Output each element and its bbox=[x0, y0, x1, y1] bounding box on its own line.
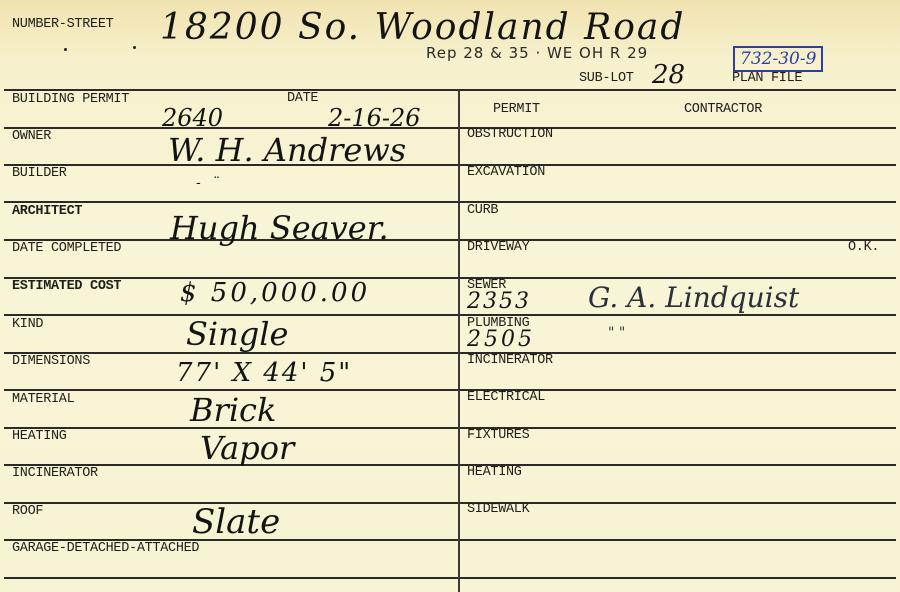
punch-dot bbox=[133, 46, 136, 49]
number-street-value: 18200 So. Woodland Road bbox=[160, 10, 685, 46]
roof-value: Slate bbox=[192, 505, 280, 539]
rule-line bbox=[4, 464, 896, 466]
row-permit-sewer: 2353 bbox=[467, 291, 531, 313]
permit-header: PERMIT bbox=[493, 103, 540, 117]
rule-line bbox=[4, 389, 896, 391]
row-label-fixtures: FIXTURES bbox=[467, 429, 529, 443]
punch-dot bbox=[64, 48, 67, 51]
row-label-excavation: EXCAVATION bbox=[467, 166, 545, 180]
kind-value: Single bbox=[186, 318, 288, 350]
number-street-label: NUMBER-STREET bbox=[12, 18, 113, 32]
rule-line bbox=[4, 314, 896, 316]
building-permit-value: 2640 bbox=[162, 106, 223, 130]
rule-line bbox=[4, 201, 896, 203]
building-permit-card: NUMBER-STREET 18200 So. Woodland Road Re… bbox=[0, 0, 900, 592]
rule-line bbox=[4, 164, 896, 166]
owner-label: OWNER bbox=[12, 130, 51, 144]
column-divider bbox=[458, 89, 460, 592]
row-label-sidewalk: SIDEWALK bbox=[467, 503, 529, 517]
rule-line bbox=[4, 277, 896, 279]
plan-file-label: PLAN FILE bbox=[732, 72, 802, 86]
number-street-annotation: Rep 28 & 35 · WE OH R 29 bbox=[426, 46, 648, 61]
rule-line bbox=[4, 502, 896, 504]
kind-label: KIND bbox=[12, 318, 43, 332]
row-contractor-sewer: G. A. Lindquist bbox=[588, 284, 799, 312]
architect-value: Hugh Seaver. bbox=[170, 212, 389, 244]
garage-label: GARAGE-DETACHED-ATTACHED bbox=[12, 542, 199, 556]
rule-line bbox=[4, 239, 896, 241]
sub-lot-value: 28 bbox=[652, 62, 685, 88]
row-label-driveway: DRIVEWAY bbox=[467, 241, 529, 255]
date-completed-label: DATE COMPLETED bbox=[12, 242, 121, 256]
owner-value: W. H. Andrews bbox=[168, 134, 406, 166]
row-label-heating: HEATING bbox=[467, 466, 522, 480]
row-contractor-plumbing: " " bbox=[608, 326, 625, 340]
estimated-cost-value: $ 50,000.00 bbox=[180, 280, 370, 306]
material-label: MATERIAL bbox=[12, 393, 74, 407]
row-note-driveway: O.K. bbox=[848, 241, 879, 255]
builder-value: - ¨ bbox=[196, 176, 224, 190]
plan-file-stamp: 732-30-9 bbox=[733, 46, 823, 72]
estimated-cost-label: ESTIMATED COST bbox=[12, 280, 121, 294]
date-value: 2-16-26 bbox=[328, 106, 421, 130]
date-label: DATE bbox=[287, 92, 318, 106]
dimensions-label: DIMENSIONS bbox=[12, 355, 90, 369]
row-label-electrical: ELECTRICAL bbox=[467, 391, 545, 405]
builder-label: BUILDER bbox=[12, 167, 67, 181]
contractor-header: CONTRACTOR bbox=[684, 103, 762, 117]
rule-line bbox=[4, 127, 896, 129]
heating-label: HEATING bbox=[12, 430, 67, 444]
row-permit-plumbing: 2505 bbox=[467, 329, 535, 351]
dimensions-value: 77' X 44' 5" bbox=[176, 360, 352, 386]
heating-value: Vapor bbox=[200, 432, 294, 464]
architect-label: ARCHITECT bbox=[12, 205, 82, 219]
row-label-curb: CURB bbox=[467, 204, 498, 218]
sub-lot-label: SUB-LOT bbox=[579, 72, 634, 86]
rule-line bbox=[4, 577, 896, 579]
rule-line bbox=[4, 427, 896, 429]
incinerator-label: INCINERATOR bbox=[12, 467, 98, 481]
row-label-obstruction: OBSTRUCTION bbox=[467, 128, 553, 142]
rule-line bbox=[4, 89, 896, 91]
row-label-incinerator: INCINERATOR bbox=[467, 354, 553, 368]
material-value: Brick bbox=[190, 394, 276, 426]
rule-line bbox=[4, 352, 896, 354]
roof-label: ROOF bbox=[12, 505, 43, 519]
building-permit-label: BUILDING PERMIT bbox=[12, 93, 129, 107]
